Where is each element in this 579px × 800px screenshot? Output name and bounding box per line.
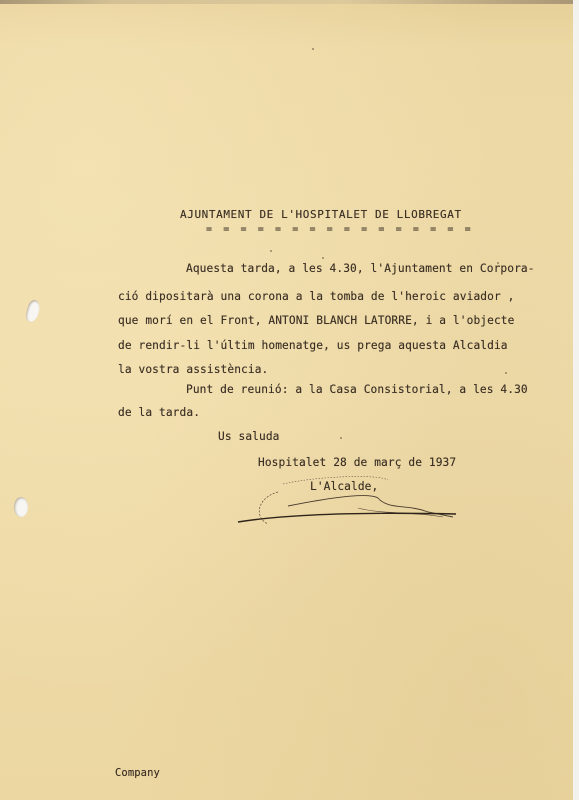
- paper-speck: [330, 385, 332, 387]
- body-line-2: ció dipositarà una corona a la tomba de …: [118, 290, 514, 303]
- body-line-7: de la tarda.: [118, 406, 200, 419]
- document-title: AJUNTAMENT DE L'HOSPITALET DE LLOBREGAT: [180, 208, 462, 221]
- body-line-4: de rendir-li l'últim homenatge, us prega…: [118, 339, 508, 352]
- paper-speck: [312, 48, 314, 50]
- paper-speck: [322, 257, 324, 259]
- body-line-5: la vostra assistència.: [118, 363, 268, 376]
- body-line-6: Punt de reunió: a la Casa Consistorial, …: [186, 383, 528, 396]
- signature-scribble: [228, 462, 458, 532]
- scan-edge: [573, 0, 579, 800]
- title-underline: = = = = = = = = = = = = = = = =: [206, 224, 473, 235]
- document-page: AJUNTAMENT DE L'HOSPITALET DE LLOBREGAT …: [0, 0, 573, 800]
- paper-speck: [505, 372, 507, 374]
- paper-speck: [340, 437, 342, 439]
- paper-speck: [497, 262, 499, 264]
- body-line-1: Aquesta tarda, a les 4.30, l'Ajuntament …: [186, 262, 535, 275]
- footer-note: Company: [115, 767, 160, 779]
- signer-title: L'Alcalde,: [310, 480, 378, 493]
- body-line-3: que morí en el Front, ANTONI BLANCH LATO…: [118, 314, 514, 327]
- punch-hole-bottom: [14, 497, 28, 517]
- greeting: Us saluda: [218, 430, 280, 443]
- paper-speck: [270, 250, 272, 252]
- punch-hole-top: [24, 299, 41, 323]
